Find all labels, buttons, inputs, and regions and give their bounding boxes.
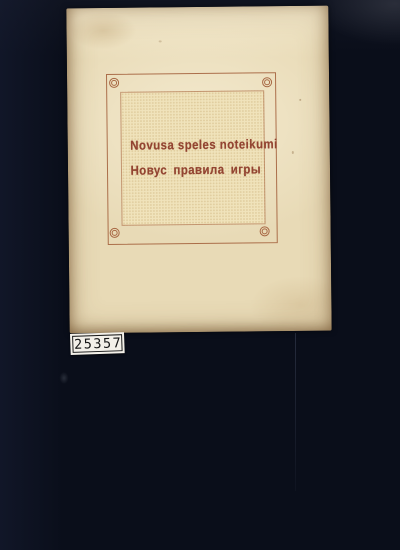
page-edge-shadow: [295, 333, 296, 491]
accession-number: 25357: [72, 334, 123, 353]
title-panel: Novusa speles noteikumi Новус правила иг…: [120, 90, 265, 226]
accession-label: 25357: [70, 332, 125, 355]
title-latvian: Novusa speles noteikumi: [130, 131, 255, 157]
title-russian: Новус правила игры: [130, 156, 255, 182]
corner-ornament-bottom-right: [260, 226, 270, 236]
paper-speck: [292, 151, 294, 154]
dust-smudge: [58, 370, 70, 386]
paper-speck: [299, 99, 301, 101]
title-block: Novusa speles noteikumi Новус правила иг…: [122, 131, 265, 182]
book-cover: Novusa speles noteikumi Новус правила иг…: [66, 6, 331, 334]
corner-ornament-top-right: [262, 77, 272, 87]
decorative-frame: Novusa speles noteikumi Новус правила иг…: [106, 72, 278, 245]
corner-ornament-top-left: [109, 78, 119, 88]
corner-ornament-bottom-left: [110, 228, 120, 238]
photo-background: Novusa speles noteikumi Новус правила иг…: [0, 0, 400, 550]
paper-speck: [159, 40, 162, 42]
